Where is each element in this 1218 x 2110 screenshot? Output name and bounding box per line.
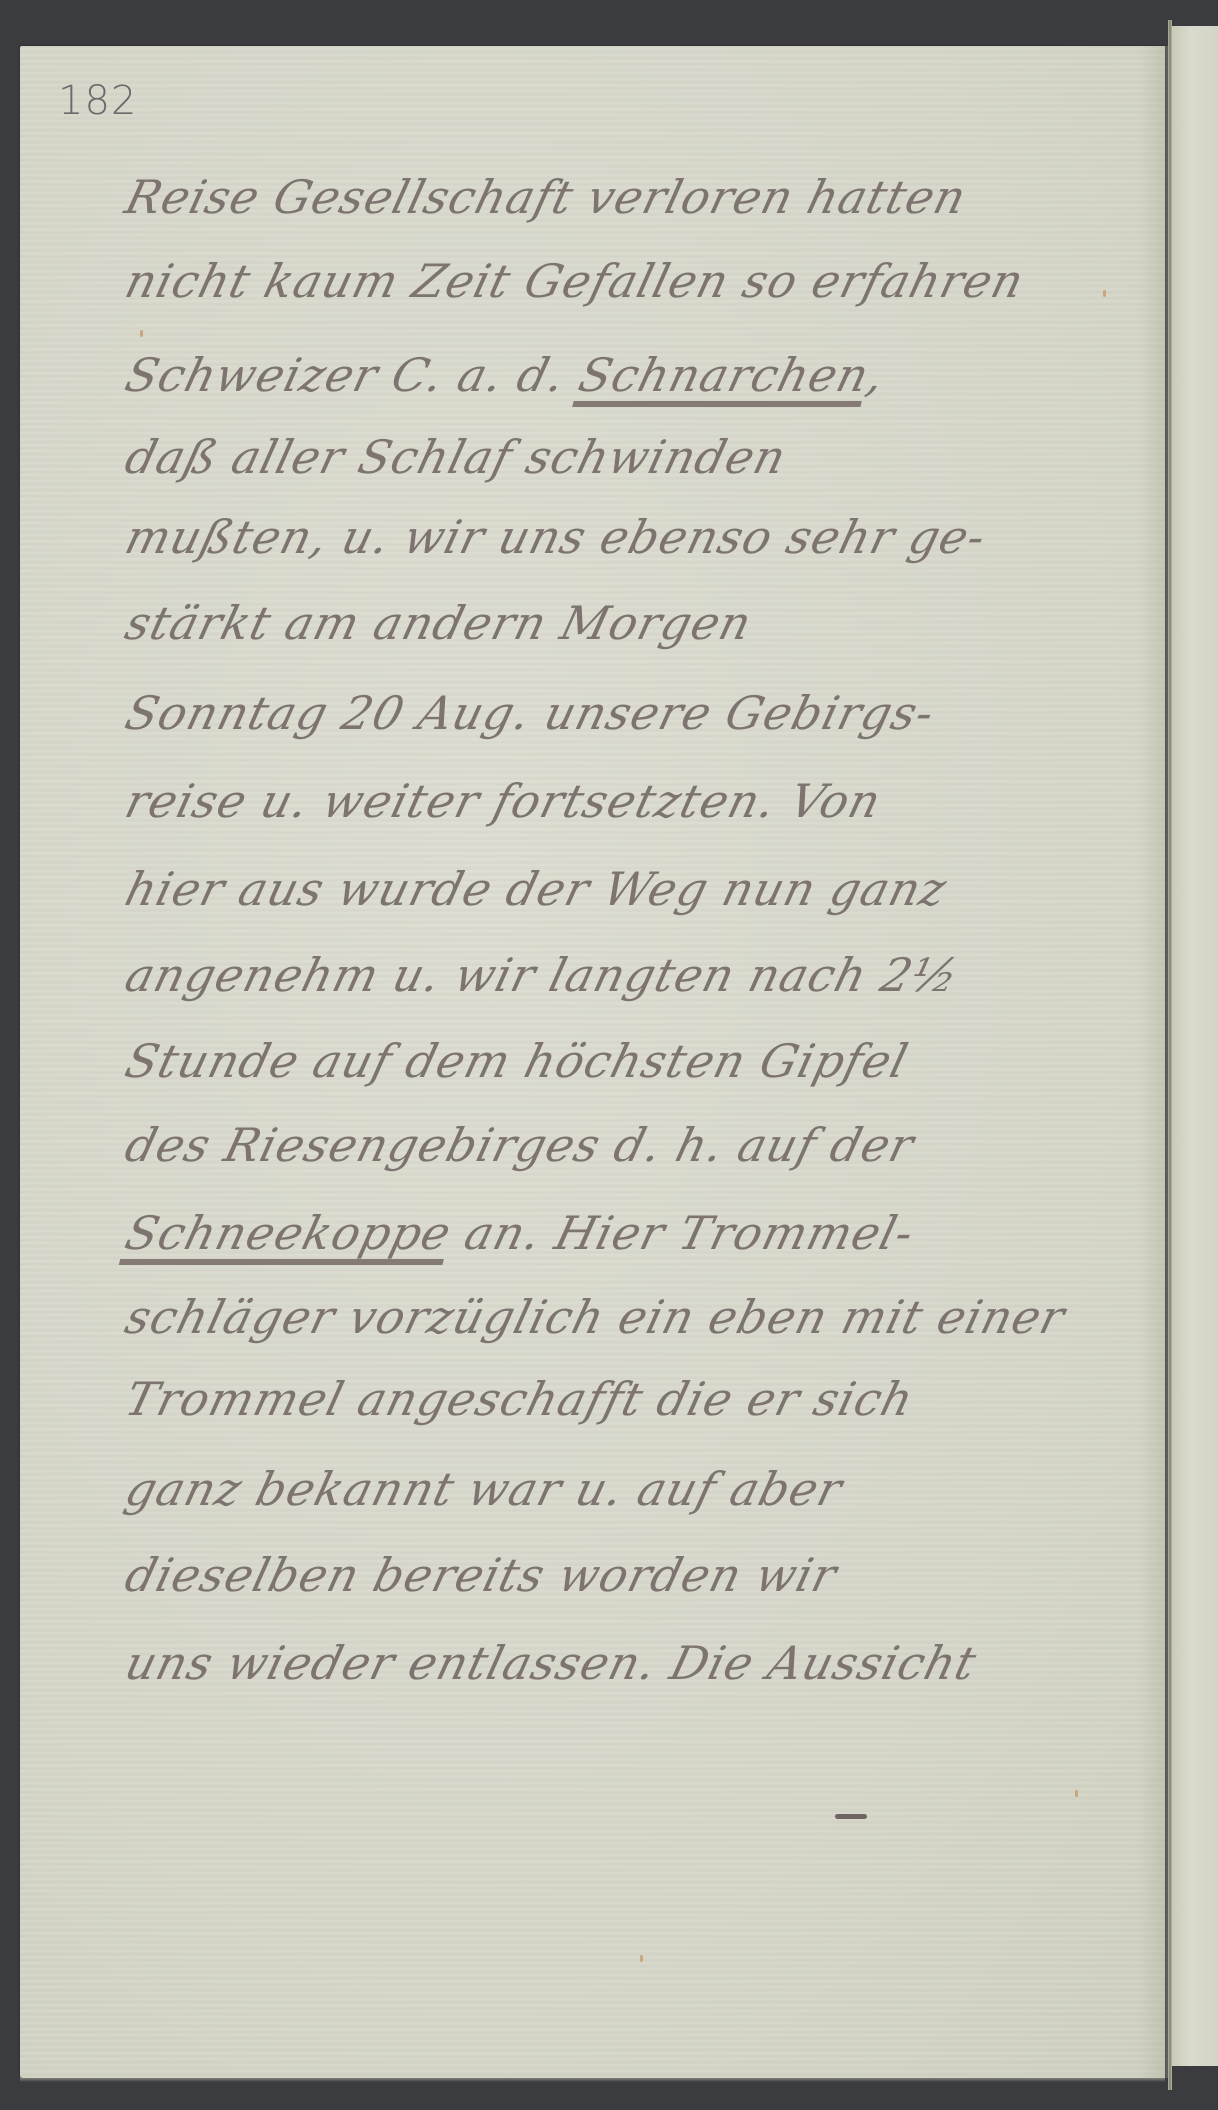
paper-speck	[140, 330, 143, 337]
text-line: nicht kaum Zeit Gefallen so erfahren	[120, 254, 1030, 308]
underlined-word: Schneekoppe	[120, 1206, 457, 1260]
closing-dash-mark	[835, 1814, 867, 1819]
text-line: hier aus wurde der Weg nun ganz	[120, 862, 953, 916]
text-line: dieselben bereits worden wir	[120, 1548, 843, 1602]
adjacent-page-edge	[1172, 26, 1218, 2066]
text-line: schläger vorzüglich ein eben mit einer	[120, 1290, 1071, 1344]
text-line: Trommel angeschafft die er sich	[120, 1372, 919, 1426]
text-line: ganz bekannt war u. auf aber	[120, 1462, 848, 1516]
text-line: Reise Gesellschaft verloren hatten	[120, 170, 972, 224]
underlined-word: Schnarchen	[573, 348, 875, 402]
folio-number: 182	[58, 78, 137, 124]
paper-speck	[1075, 1790, 1078, 1797]
gutter-shadow	[1138, 46, 1168, 2078]
paper-speck	[640, 1955, 643, 1962]
text-line: Stunde auf dem höchsten Gipfel	[120, 1034, 914, 1088]
text-line: stärkt am andern Morgen	[120, 596, 758, 650]
text-line: Schneekoppe an. Hier Trommel-	[120, 1206, 920, 1260]
text-line: Sonntag 20 Aug. unsere Gebirgs-	[120, 686, 940, 740]
text-line: Schweizer C. a. d. Schnarchen,	[120, 348, 891, 402]
text-line: des Riesengebirges d. h. auf der	[120, 1118, 920, 1172]
text-line: mußten, u. wir uns ebenso sehr ge-	[120, 510, 992, 564]
text-line: uns wieder entlassen. Die Aussicht	[120, 1636, 982, 1690]
paper-speck	[1103, 290, 1106, 297]
text-line: reise u. weiter fortsetzten. Von	[120, 774, 887, 828]
text-line: daß aller Schlaf schwinden	[120, 430, 792, 484]
text-line: angenehm u. wir langten nach 2½	[120, 948, 965, 1002]
